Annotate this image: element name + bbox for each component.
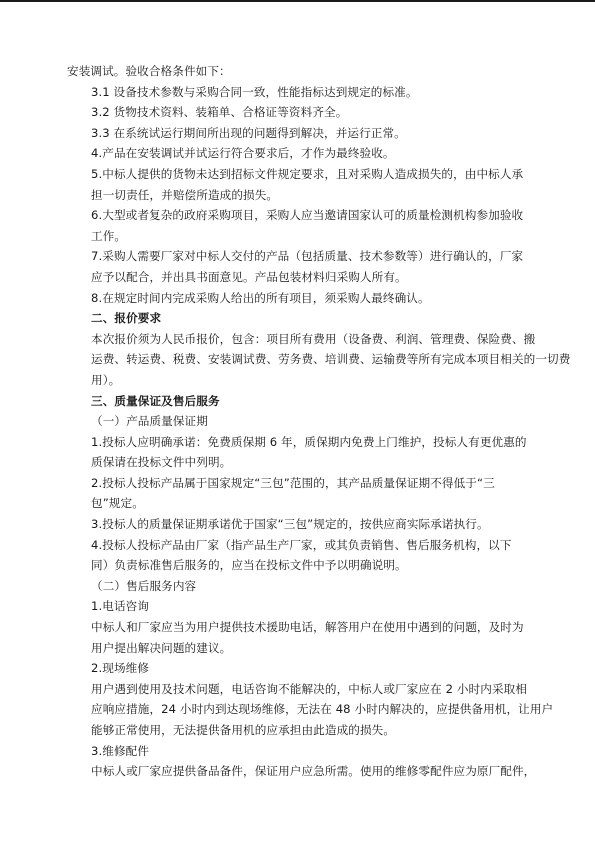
- paragraph: 3.投标人的质量保证期承诺优于国家“三包”规定的，按供应商实际承诺执行。: [67, 514, 527, 535]
- paragraph: 3.2 货物技术资料、装箱单、合格证等资料齐全。: [67, 102, 527, 123]
- paragraph: 4.投标人投标产品由厂家（指产品生产厂家，或其负责销售、售后服务机构，以下同）负…: [67, 535, 527, 576]
- paragraph: 6.大型或者复杂的政府采购项目，采购人应当邀请国家认可的质量检测机构参加验收工作…: [67, 205, 527, 246]
- paragraph: 用户遇到使用及技术问题，电话咨询不能解决的，中标人或厂家应在 2 小时内采取相应…: [67, 679, 527, 741]
- text-line: 中标人或厂家应提供备品备件，保证用户应急所需。使用的维修零配件应为原厂配件，: [67, 761, 527, 782]
- text-line: 二、报价要求: [67, 308, 527, 329]
- text-line: 用户遇到使用及技术问题，电话咨询不能解决的，中标人或厂家应在 2 小时内采取相: [67, 679, 527, 700]
- paragraph: （二）售后服务内容: [67, 576, 527, 597]
- paragraph: 3.3 在系统试运行期间所出现的问题得到解决，并运行正常。: [67, 123, 527, 144]
- text-line: 3.投标人的质量保证期承诺优于国家“三包”规定的，按供应商实际承诺执行。: [67, 514, 527, 535]
- document-page: 安装调试。验收合格条件如下：3.1 设备技术参数与采购合同一致，性能指标达到规定…: [67, 61, 527, 782]
- paragraph: 本次报价须为人民币报价，包含：项目所有费用（设备费、利润、管理费、保险费、搬运费…: [67, 329, 527, 391]
- text-line: 8.在规定时间内完成采购人给出的所有项目，须采购人最终确认。: [67, 288, 527, 309]
- text-line: 3.1 设备技术参数与采购合同一致，性能指标达到规定的标准。: [67, 82, 527, 103]
- text-line: （一）产品质量保证期: [67, 411, 527, 432]
- text-line: 3.3 在系统试运行期间所出现的问题得到解决，并运行正常。: [67, 123, 527, 144]
- paragraph: （一）产品质量保证期: [67, 411, 527, 432]
- paragraph: 中标人和厂家应当为用户提供技术援助电话，解答用户在使用中遇到的问题，及时为用户提…: [67, 617, 527, 658]
- text-line: 1.电话咨询: [67, 596, 527, 617]
- text-line: 用户提出解决问题的建议。: [67, 638, 527, 659]
- text-line: （二）售后服务内容: [67, 576, 527, 597]
- text-line: 应响应措施，24 小时内到达现场维修，无法在 48 小时内解决的，应提供备用机，…: [67, 699, 527, 720]
- paragraph: 2.投标人投标产品属于国家规定“三包”范围的，其产品质量保证期不得低于“三包”规…: [67, 473, 527, 514]
- text-line: 1.投标人应明确承诺：免费质保期 6 年，质保期内免费上门维护，投标人有更优惠的: [67, 432, 527, 453]
- text-line: 7.采购人需要厂家对中标人交付的产品（包括质量、技术参数等）进行确认的，厂家: [67, 246, 527, 267]
- paragraph: 安装调试。验收合格条件如下：: [67, 61, 527, 82]
- text-line: 质保请在投标文件中列明。: [67, 452, 527, 473]
- text-line: 安装调试。验收合格条件如下：: [67, 61, 527, 82]
- paragraph: 5.中标人提供的货物未达到招标文件规定要求，且对采购人造成损失的，由中标人承担一…: [67, 164, 527, 205]
- section-heading: 三、质量保证及售后服务: [67, 391, 527, 412]
- text-line: 5.中标人提供的货物未达到招标文件规定要求，且对采购人造成损失的，由中标人承: [67, 164, 527, 185]
- text-line: 运费、转运费、税费、安装调试费、劳务费、培训费、运输费等所有完成本项目相关的一切…: [67, 349, 527, 370]
- text-line: 用）。: [67, 370, 527, 391]
- text-line: 中标人和厂家应当为用户提供技术援助电话，解答用户在使用中遇到的问题，及时为: [67, 617, 527, 638]
- text-line: 本次报价须为人民币报价，包含：项目所有费用（设备费、利润、管理费、保险费、搬: [67, 329, 527, 350]
- text-line: 担一切责任，并赔偿所造成的损失。: [67, 185, 527, 206]
- text-line: 能够正常使用，无法提供备用机的应承担由此造成的损失。: [67, 720, 527, 741]
- paragraph: 8.在规定时间内完成采购人给出的所有项目，须采购人最终确认。: [67, 288, 527, 309]
- paragraph: 4.产品在安装调试并试运行符合要求后，才作为最终验收。: [67, 143, 527, 164]
- text-line: 3.维修配件: [67, 741, 527, 762]
- text-line: 2.现场维修: [67, 658, 527, 679]
- text-line: 应予以配合，并出具书面意见。产品包装材料归采购人所有。: [67, 267, 527, 288]
- text-line: 包”规定。: [67, 493, 527, 514]
- text-line: 3.2 货物技术资料、装箱单、合格证等资料齐全。: [67, 102, 527, 123]
- paragraph: 3.1 设备技术参数与采购合同一致，性能指标达到规定的标准。: [67, 82, 527, 103]
- paragraph: 1.电话咨询: [67, 596, 527, 617]
- text-line: 4.投标人投标产品由厂家（指产品生产厂家，或其负责销售、售后服务机构，以下: [67, 535, 527, 556]
- text-line: 同）负责标准售后服务的，应当在投标文件中予以明确说明。: [67, 555, 527, 576]
- paragraph: 7.采购人需要厂家对中标人交付的产品（包括质量、技术参数等）进行确认的，厂家应予…: [67, 246, 527, 287]
- section-heading: 二、报价要求: [67, 308, 527, 329]
- paragraph: 中标人或厂家应提供备品备件，保证用户应急所需。使用的维修零配件应为原厂配件，: [67, 761, 527, 782]
- text-line: 工作。: [67, 226, 527, 247]
- text-line: 2.投标人投标产品属于国家规定“三包”范围的，其产品质量保证期不得低于“三: [67, 473, 527, 494]
- page-top-border: [0, 0, 595, 2]
- paragraph: 1.投标人应明确承诺：免费质保期 6 年，质保期内免费上门维护，投标人有更优惠的…: [67, 432, 527, 473]
- text-line: 三、质量保证及售后服务: [67, 391, 527, 412]
- paragraph: 3.维修配件: [67, 741, 527, 762]
- paragraph: 2.现场维修: [67, 658, 527, 679]
- text-line: 6.大型或者复杂的政府采购项目，采购人应当邀请国家认可的质量检测机构参加验收: [67, 205, 527, 226]
- text-line: 4.产品在安装调试并试运行符合要求后，才作为最终验收。: [67, 143, 527, 164]
